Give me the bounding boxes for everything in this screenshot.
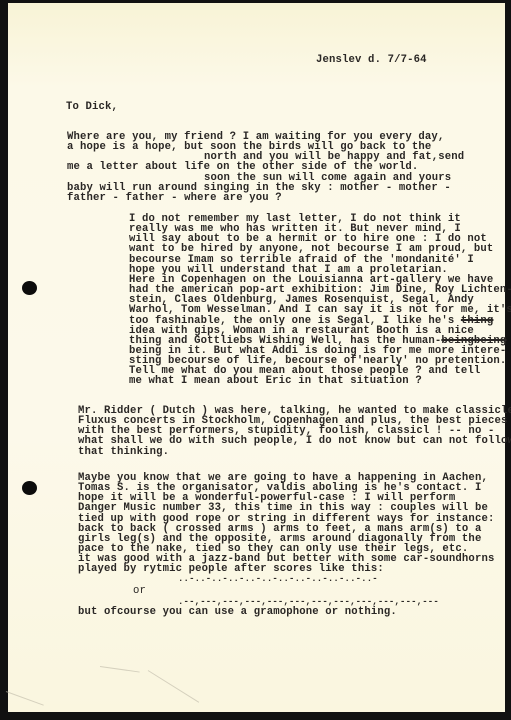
punch-hole-top (22, 281, 37, 295)
letter-page: Jenslev d. 7/7-64 To Dick, Where are you… (8, 3, 505, 712)
paper-crease (100, 666, 140, 673)
text-line: that thinking. (78, 447, 169, 458)
text-line: father - father - where are you ? (67, 193, 282, 204)
punch-hole-bottom (22, 481, 37, 495)
paper-crease (148, 670, 199, 703)
or-label: or (133, 586, 146, 597)
paper-crease (6, 691, 44, 706)
salutation: To Dick, (66, 102, 118, 113)
closing-line: but ofcourse you can use a gramophone or… (78, 607, 397, 618)
text-line: me what I mean about Eric in that situat… (129, 376, 422, 387)
place-date: Jenslev d. 7/7-64 (316, 55, 427, 66)
score-notation-1: ..-..-..-..-..-..-..-..-..-..-..-..- (178, 574, 378, 585)
